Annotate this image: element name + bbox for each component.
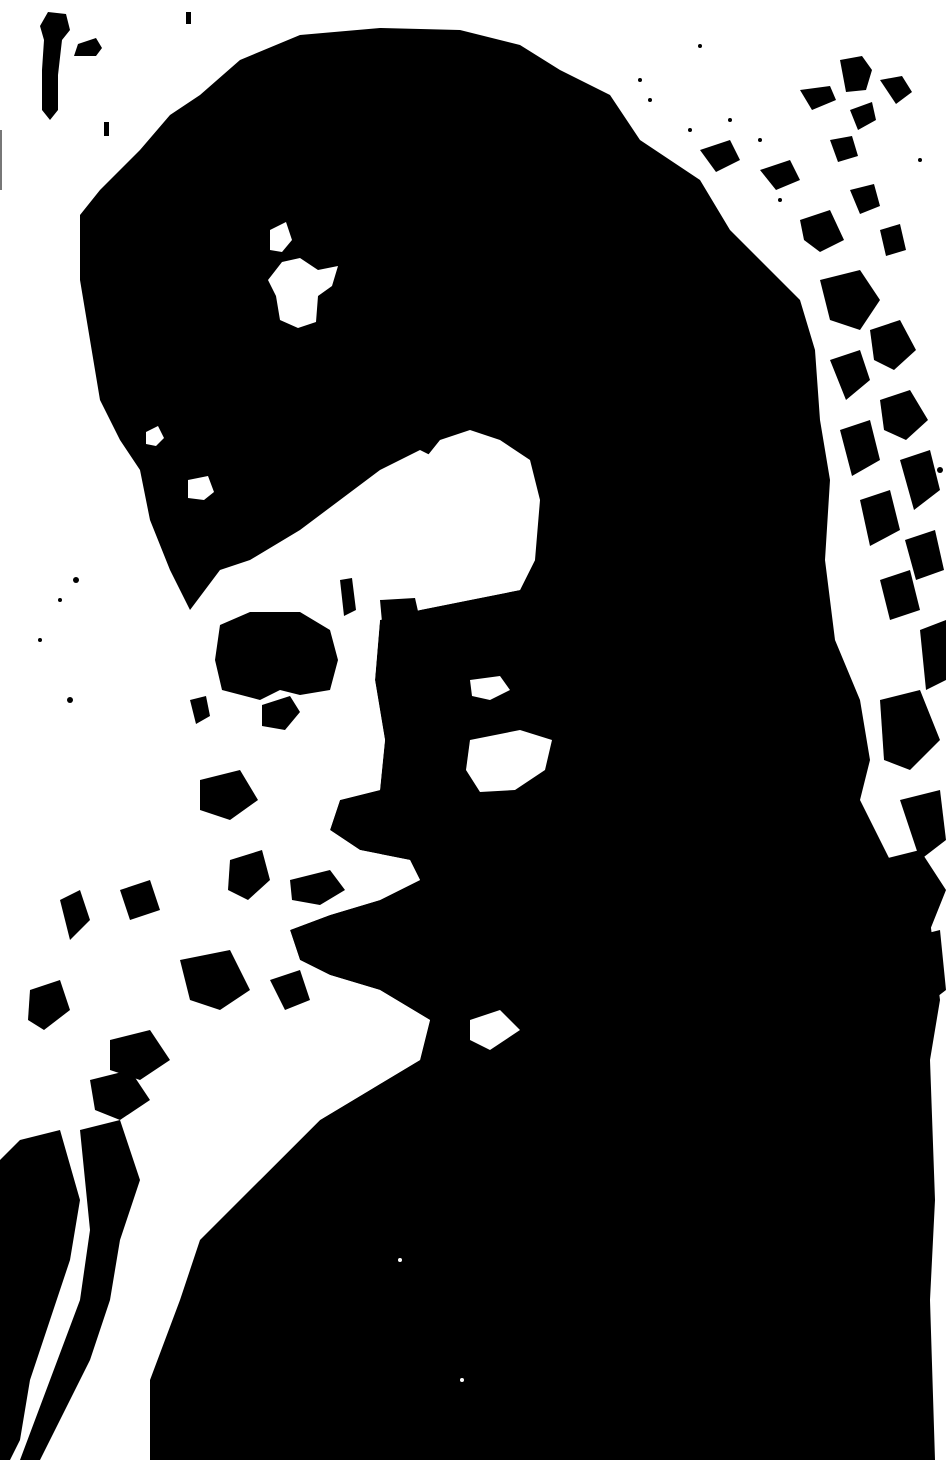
edge-line [0,130,2,190]
portrait-photo [0,0,946,1460]
left-eye [215,612,338,700]
